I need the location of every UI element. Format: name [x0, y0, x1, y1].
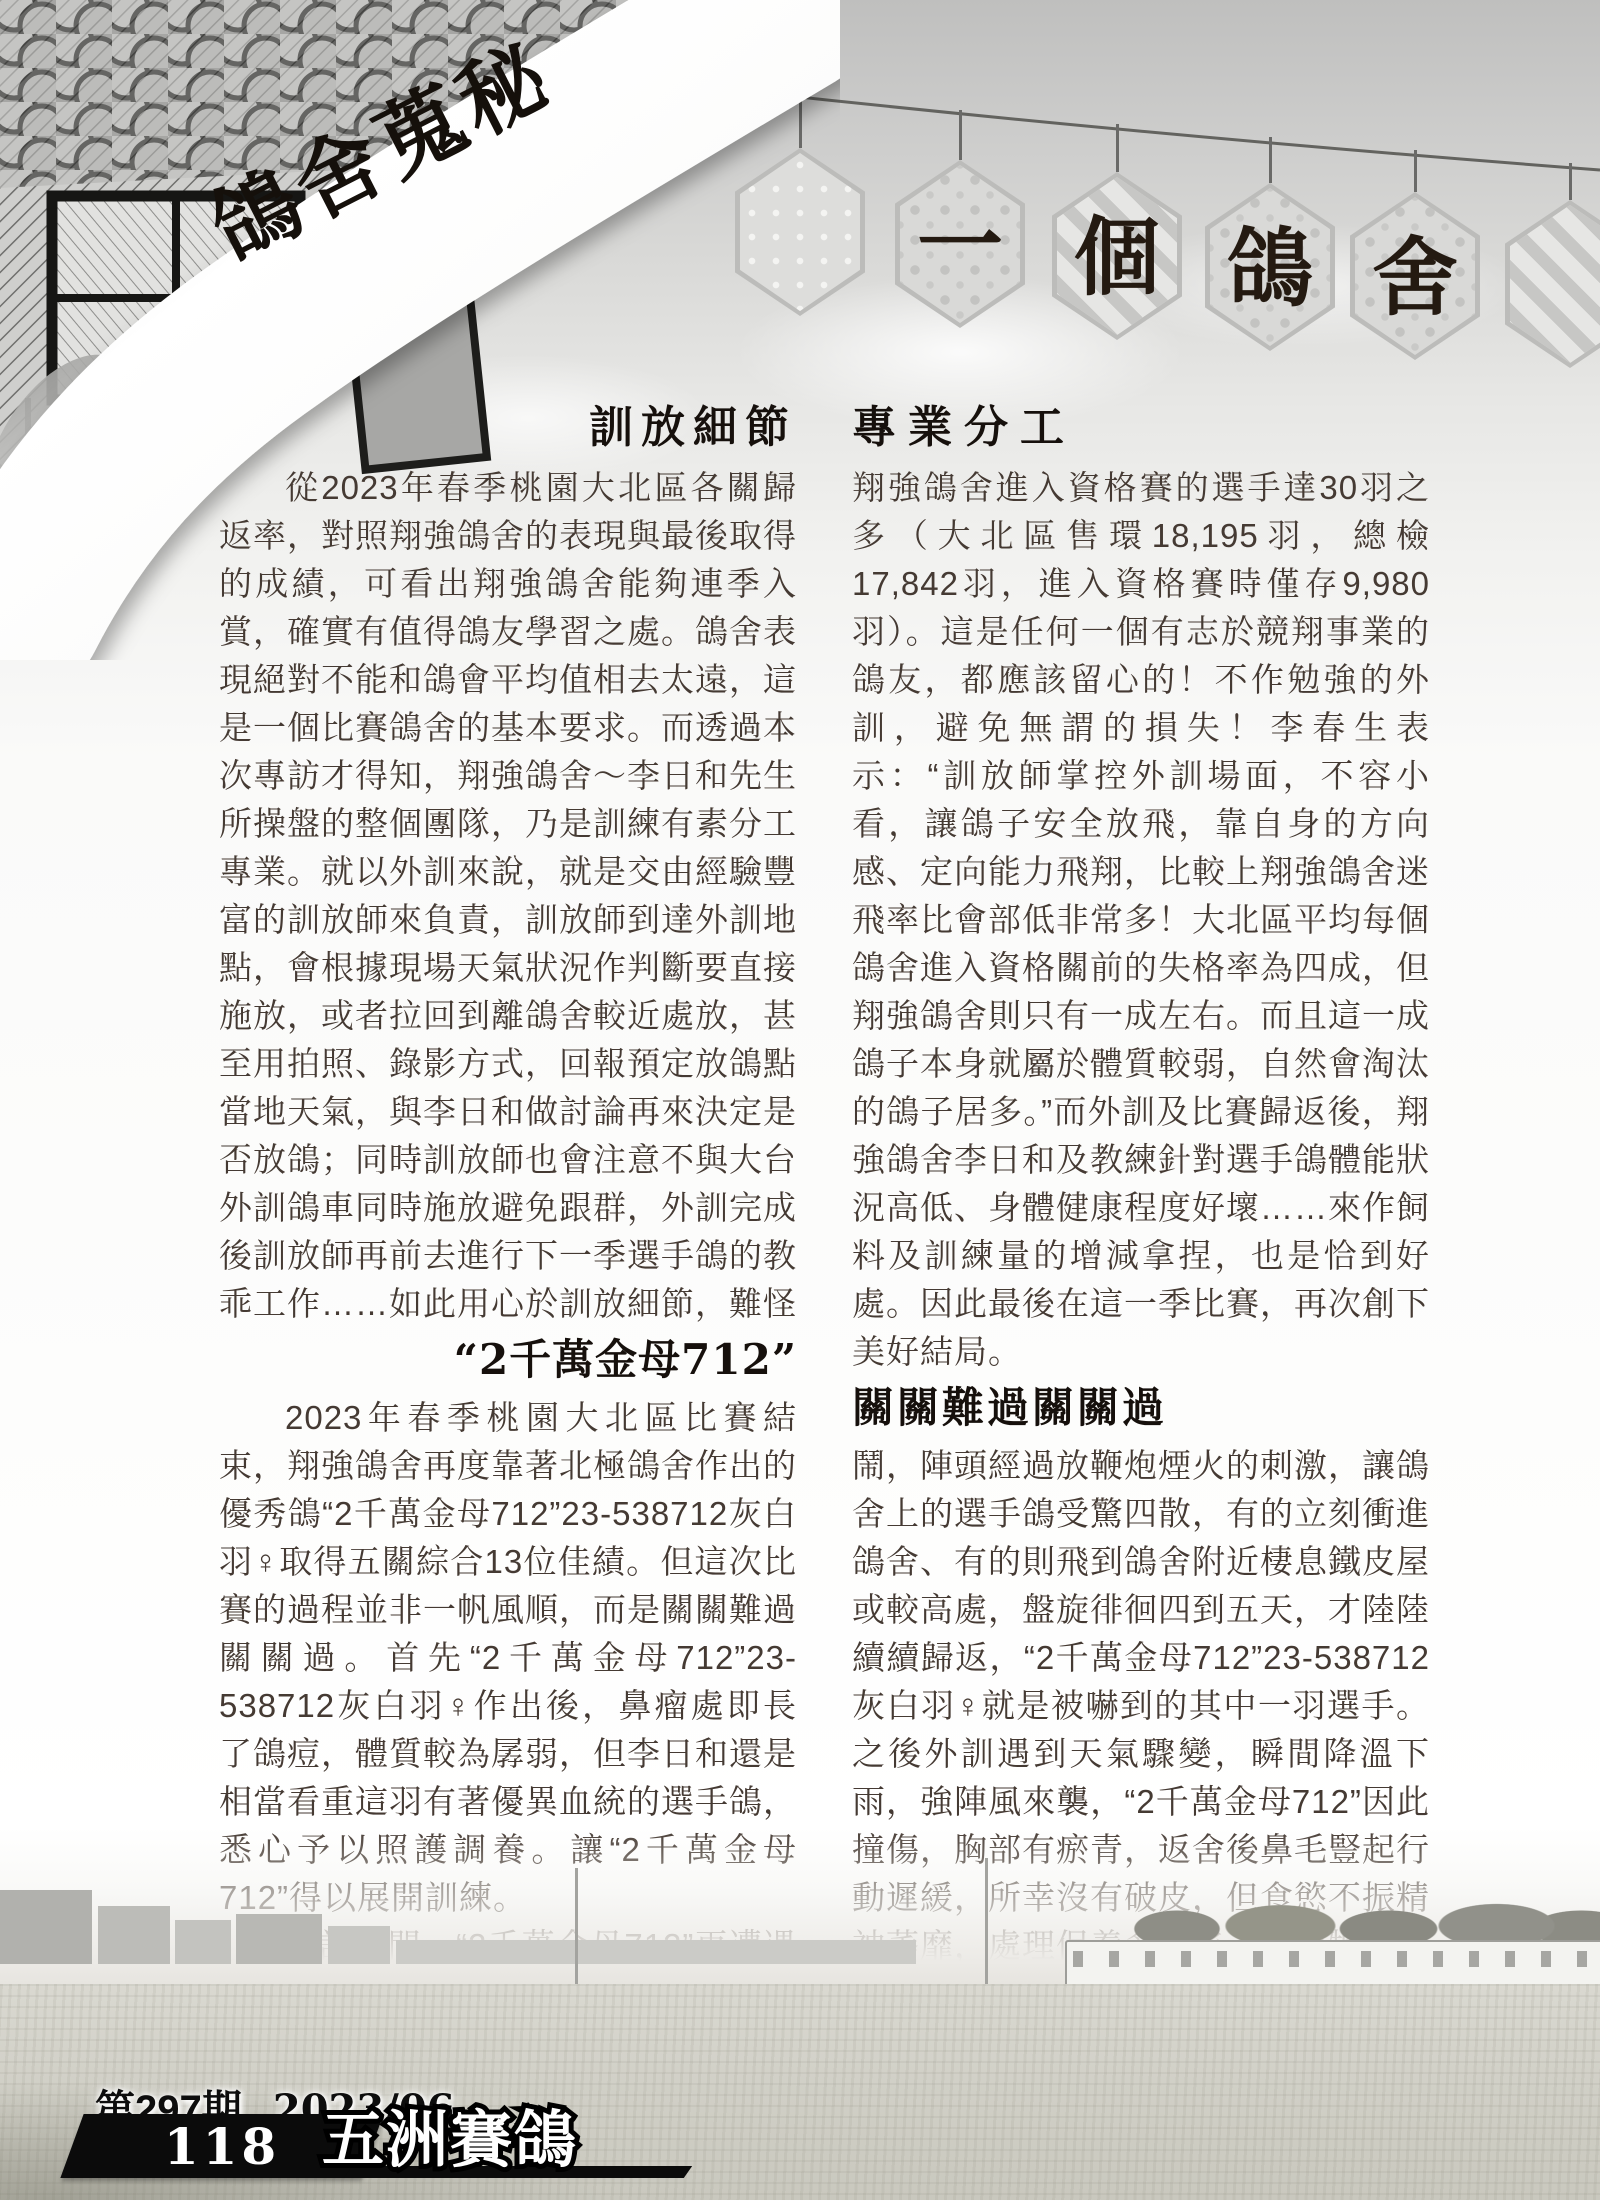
building-silhouette — [328, 1926, 390, 1964]
section-heading-division-of-labor: 專業分工 — [852, 404, 1430, 452]
article-right-column: 專業分工 翔強鴿舍進入資格賽的選手達30羽之多（大北區售環18,195羽，總檢1… — [852, 404, 1430, 2018]
tag-thread — [1269, 137, 1272, 183]
utility-pole — [575, 1868, 578, 1988]
tag-thread — [959, 110, 962, 160]
magazine-brand-logo: 五洲賽鴿 — [322, 2110, 578, 2172]
building-silhouette — [0, 1890, 92, 1964]
article-paragraph: 從2023年春季桃園大北區各關歸返率，對照翔強鴿舍的表現與最後取得的成績，可看出… — [219, 464, 797, 1328]
dot-pattern: 一 — [900, 165, 1020, 323]
banner-tag-label: 個 — [1074, 215, 1160, 301]
article-left-column: 訓放細節 從2023年春季桃園大北區各關歸返率，對照翔強鴿舍的表現與最後取得的成… — [219, 404, 797, 2018]
article-paragraph: 翔強鴿舍進入資格賽的選手達30羽之多（大北區售環18,195羽，總檢17,842… — [852, 464, 1430, 1376]
page-number: 118 — [164, 2117, 280, 2176]
page-number-badge: 118 五洲賽鴿 — [72, 2114, 688, 2178]
magazine-page: 一 個 鴿 舍 — [0, 0, 1600, 2200]
banner-tag-label: 鴿 — [1227, 226, 1313, 312]
dot-pattern: 舍 — [1355, 197, 1475, 355]
stripe-pattern: 個 — [1057, 177, 1177, 335]
section-heading-gold-hen-712: “2千萬金母712” — [219, 1336, 797, 1384]
building-silhouette — [98, 1906, 170, 1964]
low-building-strip — [396, 1940, 916, 1964]
utility-pole — [985, 1858, 988, 1988]
tag-thread — [1569, 163, 1572, 200]
building-silhouette — [175, 1920, 231, 1964]
building-silhouette — [236, 1914, 322, 1964]
section-heading-training-details: 訓放細節 — [219, 404, 797, 452]
tag-thread — [1116, 124, 1119, 172]
dot-pattern: 鴿 — [1210, 188, 1330, 346]
train-windows — [1073, 1951, 1596, 1967]
banner-tag-label: 一 — [917, 203, 1003, 289]
tag-thread — [1414, 150, 1417, 192]
white-train — [1065, 1940, 1600, 1990]
banner-tag-label: 舍 — [1372, 235, 1458, 321]
section-heading-hurdles: 關關難過關關過 — [852, 1384, 1430, 1432]
